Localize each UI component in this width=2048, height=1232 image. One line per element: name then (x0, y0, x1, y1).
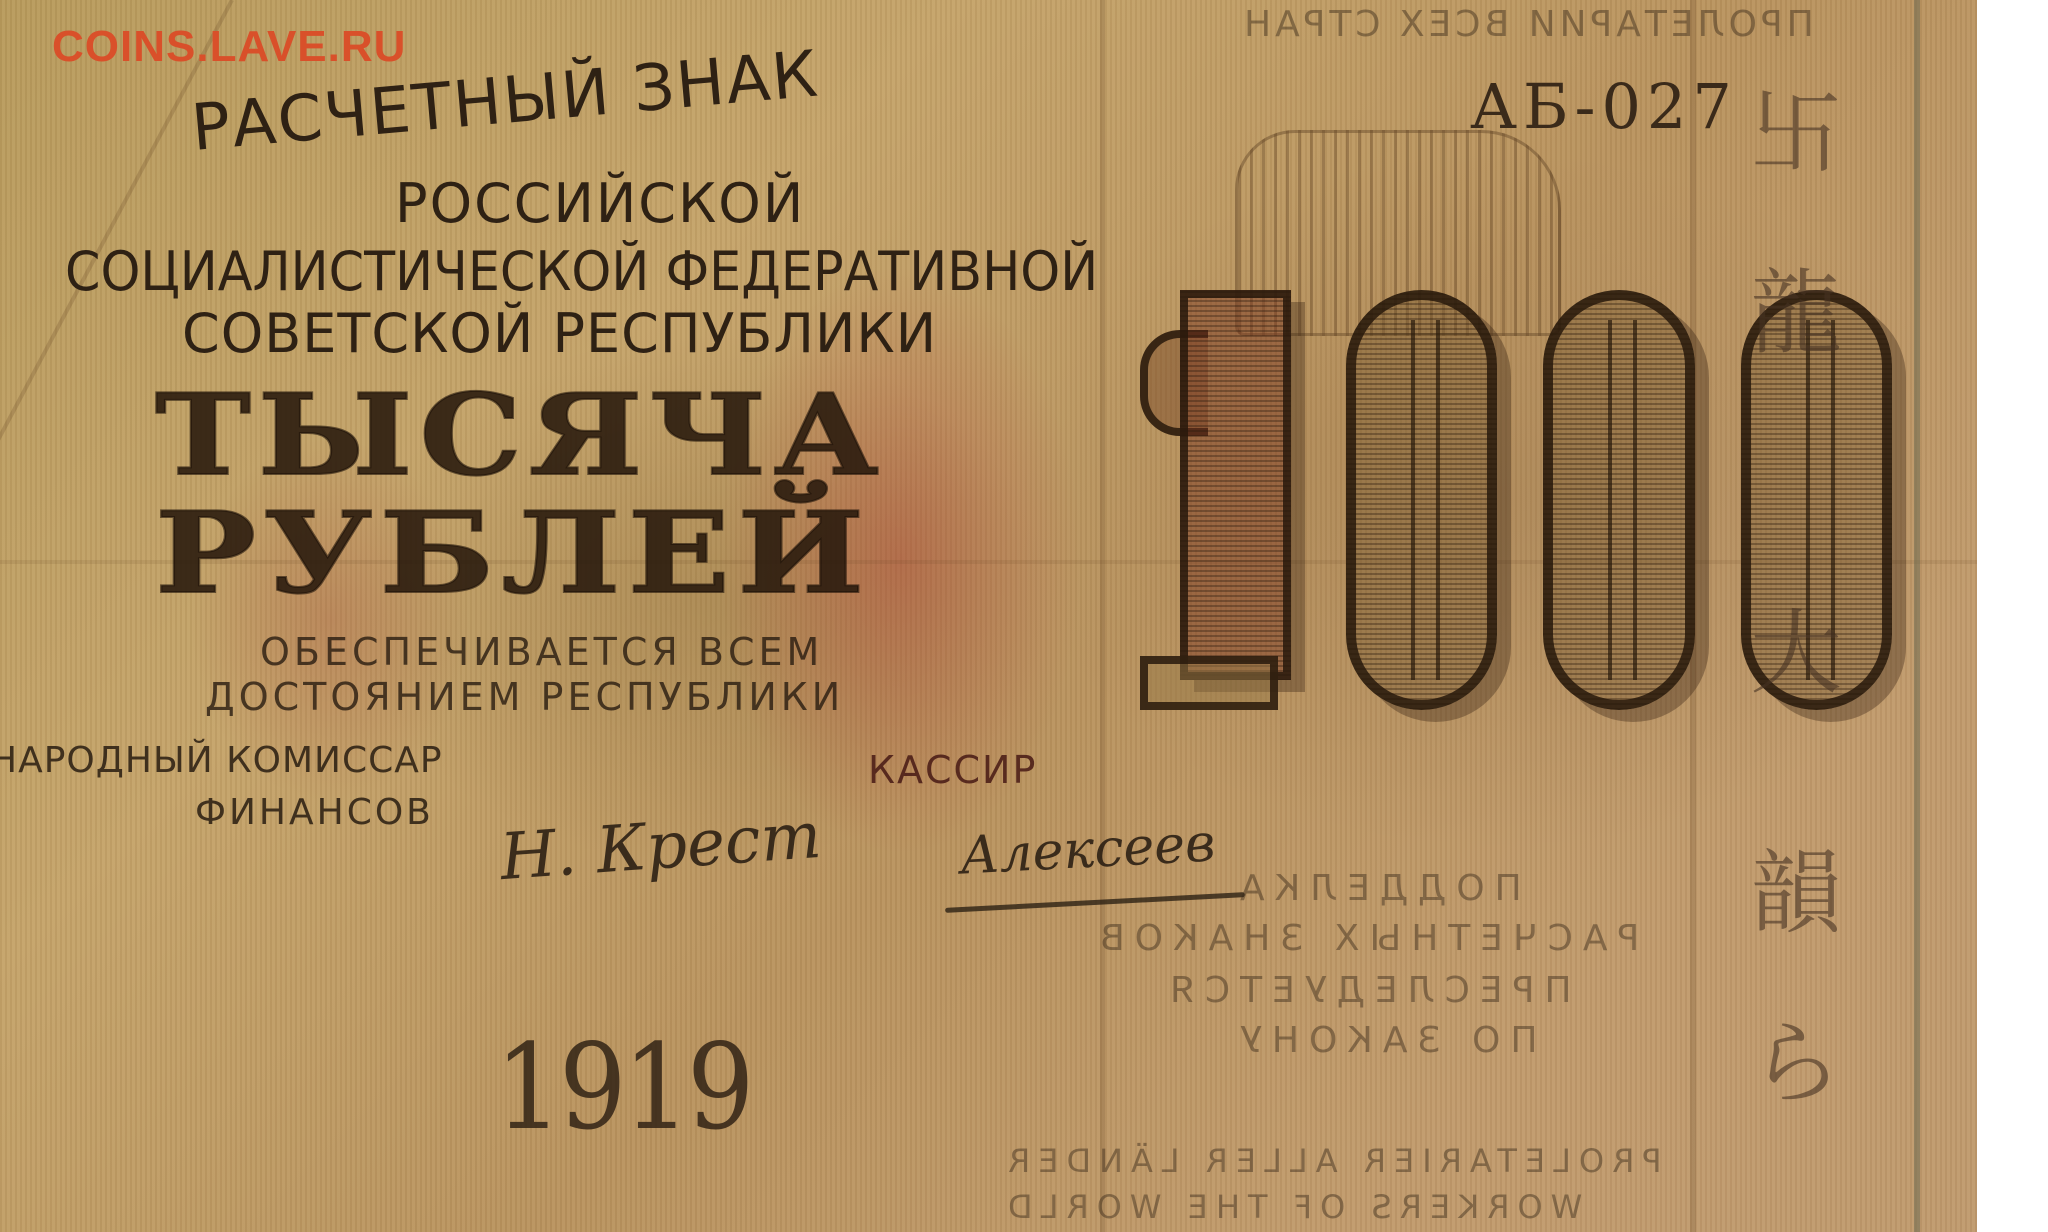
digit-zero (1338, 290, 1506, 710)
side-glyph: ら (1750, 990, 1842, 1122)
signature-left: Н. Крест (498, 799, 824, 895)
show-through-bottom-line-1: PROLETARIER ALLER LÄNDER (1000, 1142, 1662, 1180)
side-glyph: 卐 (1750, 60, 1842, 192)
signature-right: Алексеев (959, 813, 1217, 886)
digit-one (1140, 290, 1308, 710)
denomination-word-1: ТЫСЯЧА (155, 370, 886, 501)
side-glyph: 龍 (1750, 240, 1842, 372)
issuer-line-1: РОССИЙСКОЙ (395, 172, 805, 235)
digit-zero (1535, 290, 1703, 710)
backing-line-2: ДОСТОЯНИЕМ РЕСПУБЛИКИ (205, 675, 844, 719)
note-border-line (1914, 0, 1920, 1232)
show-through-top-text: ПРОЛЕТАРИИ ВСЕХ СТРАН (1240, 4, 1814, 45)
signatory-left-title-1: НАРОДНЫЙ КОМИССАР (0, 740, 443, 781)
side-glyph: 韻 (1750, 820, 1842, 952)
issuer-line-3: СОВЕТСКОЙ РЕСПУБЛИКИ (182, 302, 937, 365)
signature-underline (945, 892, 1245, 913)
show-through-right-line-1: ПОДДЕЛКА (1230, 868, 1522, 909)
issue-year: 1919 (495, 1018, 751, 1156)
signatory-right-title: КАССИР (868, 748, 1037, 792)
issuer-line-2: СОЦИАЛИСТИЧЕСКОЙ ФЕДЕРАТИВНОЙ (65, 240, 1098, 303)
side-glyph: 大 (1750, 580, 1842, 712)
signatory-left-title-2: ФИНАНСОВ (195, 792, 434, 833)
fold-line (1100, 0, 1105, 1232)
backing-line-1: ОБЕСПЕЧИВАЕТСЯ ВСЕМ (260, 630, 823, 674)
show-through-right-line-3: ПРЕСЛЕДУЕТСЯ (1160, 970, 1571, 1011)
banknote-photo: ПРОЛЕТАРИИ ВСЕХ СТРАН РАСЧЕТНЫЙ ЗНАК РОС… (0, 0, 1977, 1232)
show-through-right-line-4: ПО ЗАКОНУ (1230, 1020, 1537, 1061)
show-through-right-line-2: РАСЧЕТНЫХ ЗНАКОВ (1090, 918, 1639, 959)
show-through-bottom-line-2: WORKERS OF THE WORLD (1000, 1188, 1582, 1226)
denomination-word-2: РУБЛЕЙ (155, 488, 871, 619)
site-watermark: COINS.LAVE.RU (52, 22, 406, 72)
serial-number: АБ-027 (1470, 70, 1738, 143)
